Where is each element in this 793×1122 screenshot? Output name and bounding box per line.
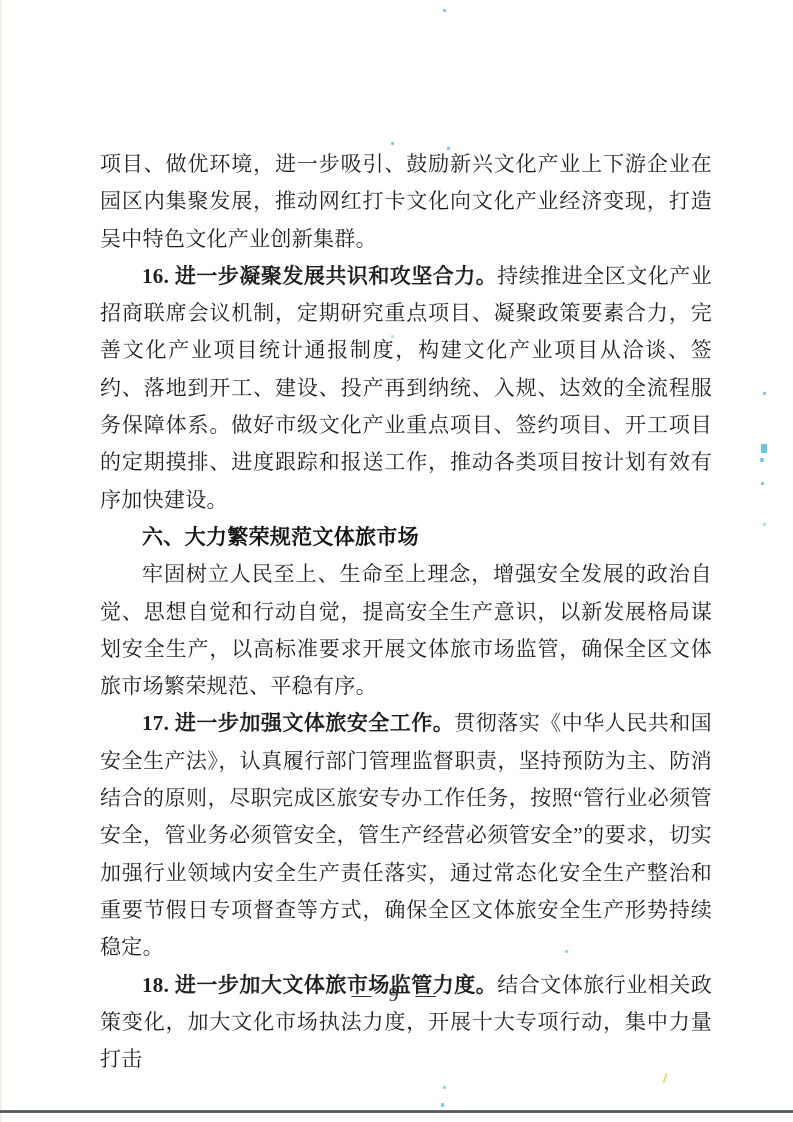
scan-artifact-dot	[763, 392, 766, 395]
scan-left-edge	[0, 0, 2, 1122]
paragraph-section-intro: 牢固树立人民至上、生命至上理念，增强安全发展的政治自觉、思想自觉和行动自觉，提高…	[100, 556, 712, 705]
scan-artifact-dot	[443, 9, 446, 12]
paragraph-continuation: 项目、做优环境，进一步吸引、鼓励新兴文化产业上下游企业在园区内集聚发展，推动网红…	[100, 146, 712, 258]
paragraph-item-17: 17. 进一步加强文体旅安全工作。贯彻落实《中华人民共和国安全生产法》，认真履行…	[100, 705, 712, 966]
section-heading-6: 六、大力繁荣规范文体旅市场	[100, 519, 712, 556]
page-number: — 9 —	[0, 984, 793, 1007]
item-17-text: 贯彻落实《中华人民共和国安全生产法》，认真履行部门管理监督职责，坚持预防为主、防…	[100, 711, 712, 959]
paragraph-item-16: 16. 进一步凝聚发展共识和攻坚合力。持续推进全区文化产业招商联席会议机制，定期…	[100, 258, 712, 519]
scan-artifact-dot	[391, 142, 394, 145]
scan-artifact-dot	[761, 444, 767, 453]
scan-bottom-edge	[0, 1110, 793, 1113]
item-16-lead: 16. 进一步凝聚发展共识和攻坚合力。	[142, 264, 497, 288]
scanned-document-page: 项目、做优环境，进一步吸引、鼓励新兴文化产业上下游企业在园区内集聚发展，推动网红…	[0, 0, 793, 1122]
scan-artifact-dot	[443, 1086, 446, 1089]
scan-artifact-dot	[391, 335, 394, 338]
scan-artifact-dot	[447, 147, 450, 150]
scan-artifact-dot	[760, 458, 764, 462]
item-17-lead: 17. 进一步加强文体旅安全工作。	[142, 711, 454, 735]
document-body: 项目、做优环境，进一步吸引、鼓励新兴文化产业上下游企业在园区内集聚发展，推动网红…	[100, 146, 712, 1078]
scan-artifact-dot	[441, 1103, 444, 1107]
item-16-text: 持续推进全区文化产业招商联席会议机制，定期研究重点项目、凝聚政策要素合力，完善文…	[100, 264, 712, 512]
scan-artifact-dot	[761, 482, 764, 485]
scan-artifact-dot	[565, 950, 568, 953]
scan-artifact-dot	[763, 523, 766, 526]
